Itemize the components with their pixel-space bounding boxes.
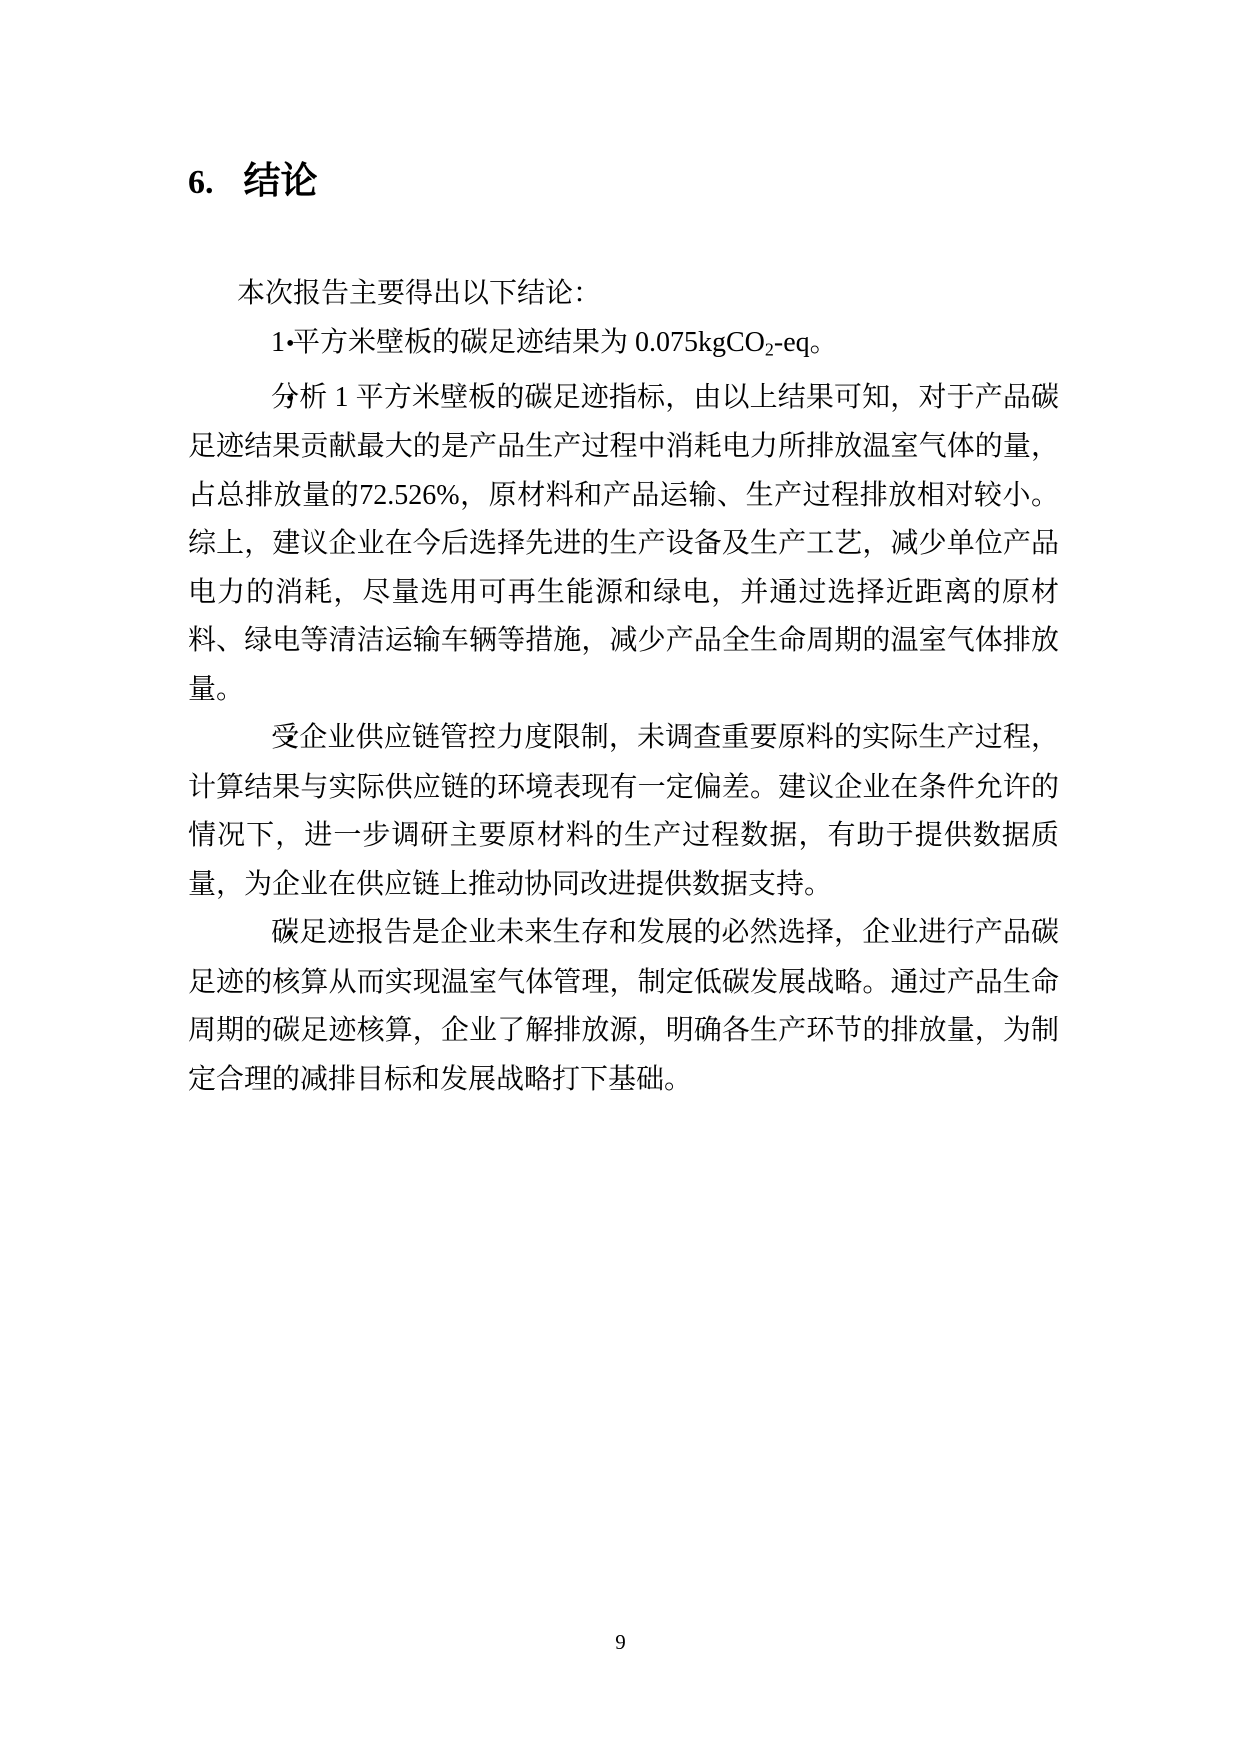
bullet-text: -eq。 xyxy=(774,327,838,358)
bullet-item: •碳足迹报告是企业未来生存和发展的必然选择，企业进行产品碳足迹的核算从而实现温室… xyxy=(188,909,1059,1104)
bullet-text: 受企业供应链管控力度限制，未调查重要原料的实际生产过程，计算结果与实际供应链的环… xyxy=(188,722,1059,900)
intro-paragraph: 本次报告主要得出以下结论： xyxy=(188,270,1059,319)
body-text: 本次报告主要得出以下结论： •1 平方米壁板的碳足迹结果为 0.075kgCO2… xyxy=(188,270,1059,1104)
section-heading: 6.结论 xyxy=(188,158,318,207)
bullet-item: •分析 1 平方米壁板的碳足迹指标，由以上结果可知，对于产品碳足迹结果贡献最大的… xyxy=(188,374,1059,715)
section-number: 6. xyxy=(188,164,214,201)
bullet-icon: • xyxy=(237,375,246,424)
bullet-item: •受企业供应链管控力度限制，未调查重要原料的实际生产过程，计算结果与实际供应链的… xyxy=(188,714,1059,909)
bullet-icon: • xyxy=(237,715,246,764)
section-title: 结论 xyxy=(244,161,318,202)
page-number: 9 xyxy=(0,1629,1241,1655)
bullet-text: 碳足迹报告是企业未来生存和发展的必然选择，企业进行产品碳足迹的核算从而实现温室气… xyxy=(188,917,1059,1095)
co2-subscript: 2 xyxy=(765,339,774,359)
bullet-item: •1 平方米壁板的碳足迹结果为 0.075kgCO2-eq。 xyxy=(188,319,1059,374)
bullet-text: 分析 1 平方米壁板的碳足迹指标，由以上结果可知，对于产品碳足迹结果贡献最大的是… xyxy=(188,382,1059,705)
bullet-icon: • xyxy=(237,910,246,959)
bullet-icon: • xyxy=(237,320,246,369)
bullet-text: 1 平方米壁板的碳足迹结果为 0.075kgCO xyxy=(271,327,765,358)
document-page: 6.结论 本次报告主要得出以下结论： •1 平方米壁板的碳足迹结果为 0.075… xyxy=(0,0,1241,1754)
